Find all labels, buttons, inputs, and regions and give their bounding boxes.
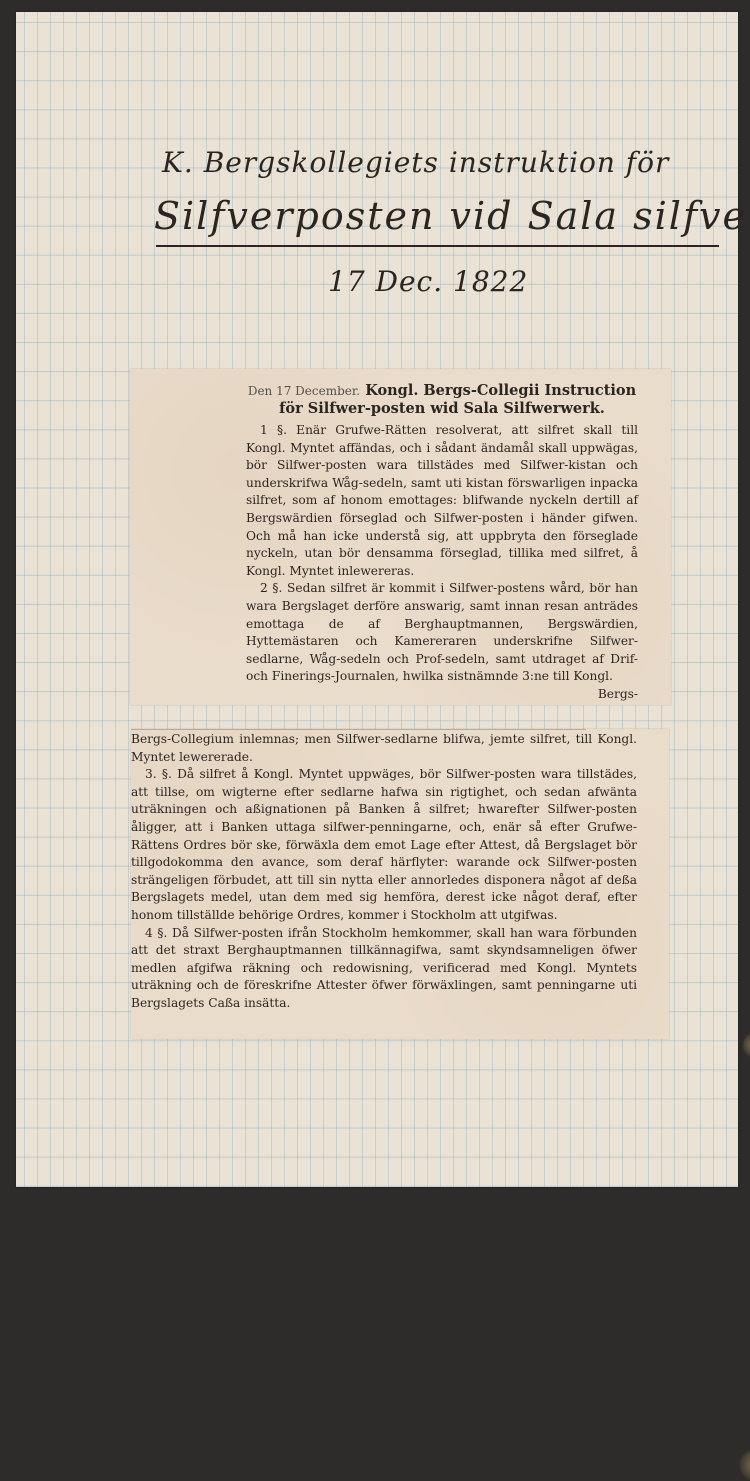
clipping-title-date: Den 17 December.	[248, 384, 360, 398]
continuation-text: Bergs-Collegium inlemnas; men Silfwer-se…	[131, 731, 637, 766]
paragraph-2: 2 §. Sedan silfret är kommit i Silfwer-p…	[246, 580, 638, 686]
clipping-2-text: Bergs-Collegium inlemnas; men Silfwer-se…	[131, 731, 637, 1013]
clipping-title: Den 17 December. Kongl. Bergs-Collegii I…	[246, 382, 638, 418]
newspaper-clipping-1: Den 17 December. Kongl. Bergs-Collegii I…	[130, 369, 671, 705]
clipping-top-rule	[131, 729, 586, 730]
handwritten-date: 17 Dec. 1822	[328, 265, 528, 298]
stain-mark	[743, 1032, 750, 1058]
clipping-1-text: Den 17 December. Kongl. Bergs-Collegii I…	[246, 382, 638, 704]
catchword: Bergs-	[246, 686, 638, 704]
paragraph-1: 1 §. Enär Grufwe-Rätten resolverat, att …	[246, 422, 638, 580]
paragraph-3: 3. §. Då silfret å Kongl. Myntet uppwäge…	[131, 766, 637, 924]
newspaper-clipping-2: Bergs-Collegium inlemnas; men Silfwer-se…	[131, 729, 669, 1039]
handwritten-heading-line1: K. Bergskollegiets instruktion för	[162, 146, 669, 179]
graph-paper-sheet: K. Bergskollegiets instruktion för Silfv…	[16, 12, 738, 1187]
paragraph-4: 4 §. Då Silfwer-posten ifrån Stockholm h…	[131, 925, 637, 1013]
heading-underline	[156, 245, 719, 247]
handwritten-heading-line2: Silfverposten vid Sala silfververk	[154, 194, 750, 238]
